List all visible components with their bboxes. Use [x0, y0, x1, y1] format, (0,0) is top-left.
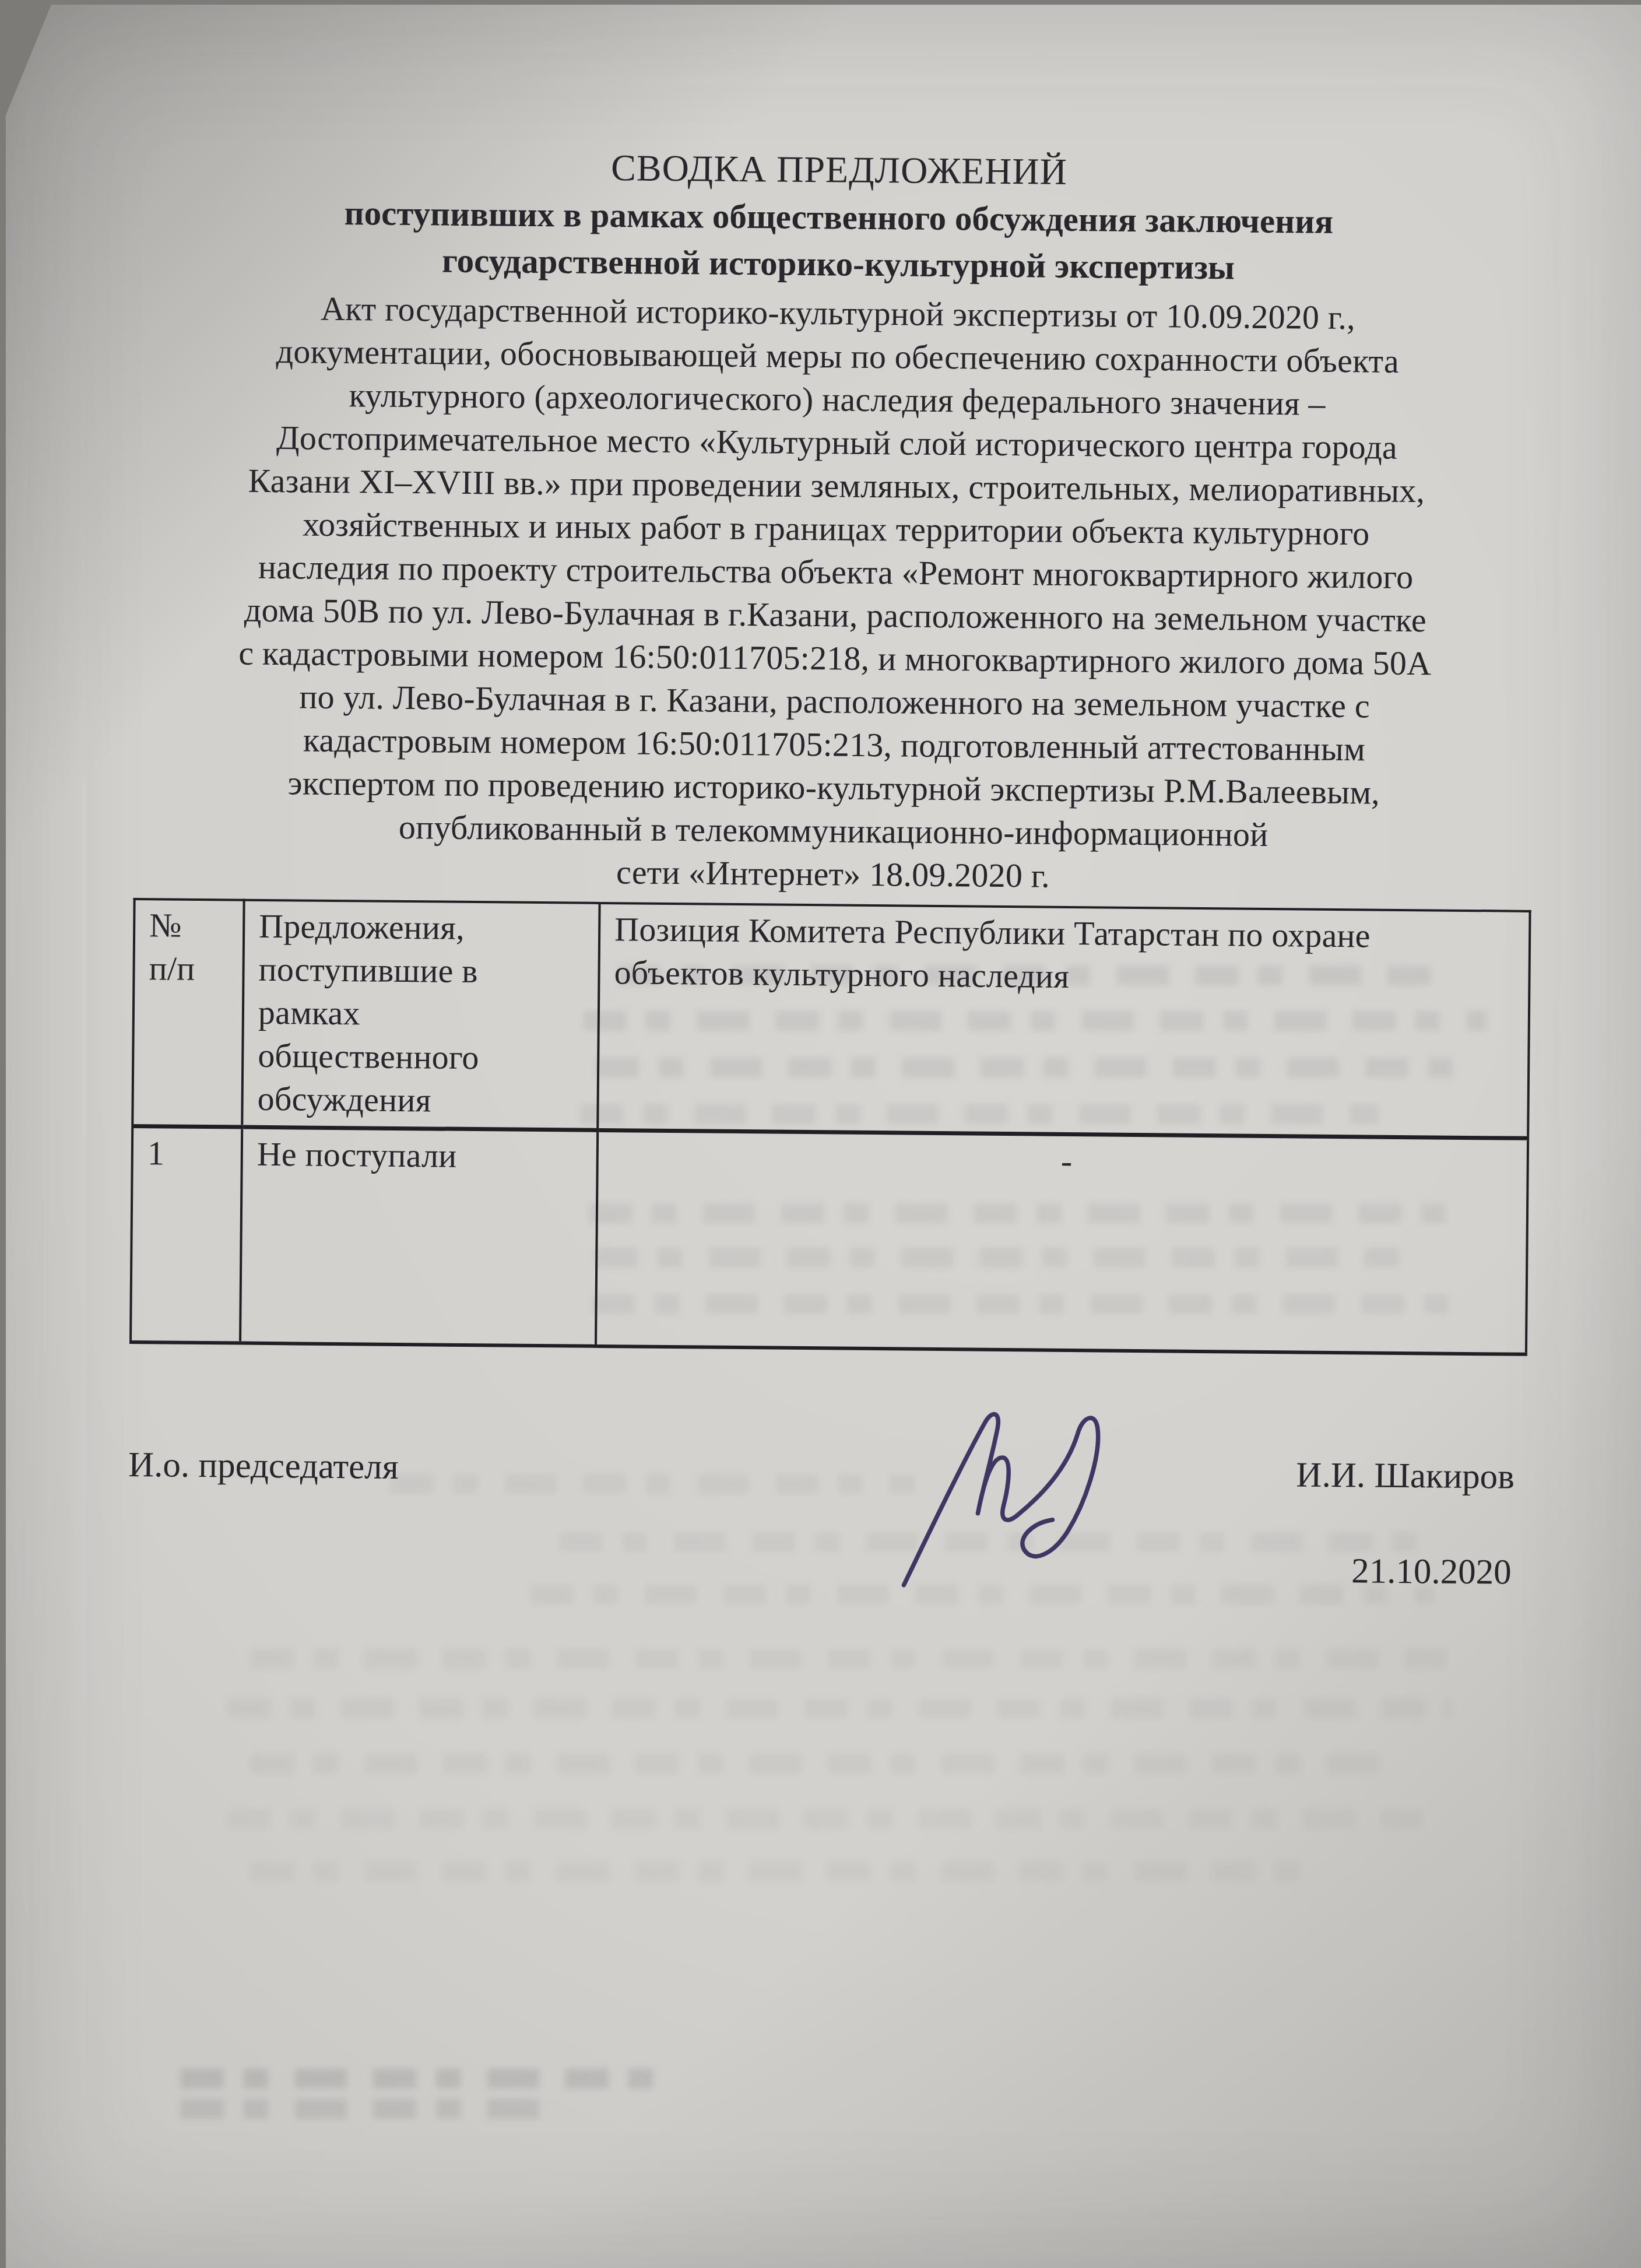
signer-name: И.И. Шакиров [1296, 1454, 1515, 1498]
bleed-through-text [181, 2069, 659, 2088]
page-subtitle: поступивших в рамках общественного обсуж… [139, 188, 1538, 293]
header-cell-proposals: Предложения,поступившие врамкахобществен… [242, 900, 599, 1131]
bleed-through-text [181, 2099, 542, 2119]
bleed-through-text [251, 1754, 1387, 1774]
signature-date: 21.10.2020 [127, 1540, 1527, 1594]
bleed-through-text [227, 1809, 1422, 1829]
signature-block: И.о. председателя И.И. Шакиров [128, 1444, 1528, 1498]
cell-num: 1 [131, 1126, 242, 1343]
paper-sheet: СВОДКА ПРЕДЛОЖЕНИЙ поступивших в рамках … [6, 5, 1641, 2268]
document-content: СВОДКА ПРЕДЛОЖЕНИЙ поступивших в рамках … [127, 140, 1538, 1594]
signer-role: И.о. председателя [128, 1444, 399, 1488]
cell-proposals: Не поступали [240, 1127, 598, 1346]
bleed-through-text [251, 1862, 1300, 1881]
intro-paragraph: Акт государственной историко-культурной … [133, 286, 1538, 902]
photographed-document-page: { "document": { "title": "СВОДКА ПРЕДЛОЖ… [0, 0, 1641, 2268]
bleed-through-text [227, 1698, 1452, 1718]
bleed-through-text [251, 1649, 1446, 1669]
table-header-row: №п/п Предложения,поступившие врамкахобще… [132, 899, 1530, 1138]
table-row: 1 Не поступали - [131, 1126, 1528, 1354]
header-cell-num: №п/п [132, 899, 244, 1127]
header-cell-position: Позиция Комитета Республики Татарстан по… [598, 903, 1530, 1138]
cell-position: - [596, 1130, 1528, 1354]
proposals-table: №п/п Предложения,поступившие врамкахобще… [129, 898, 1531, 1356]
